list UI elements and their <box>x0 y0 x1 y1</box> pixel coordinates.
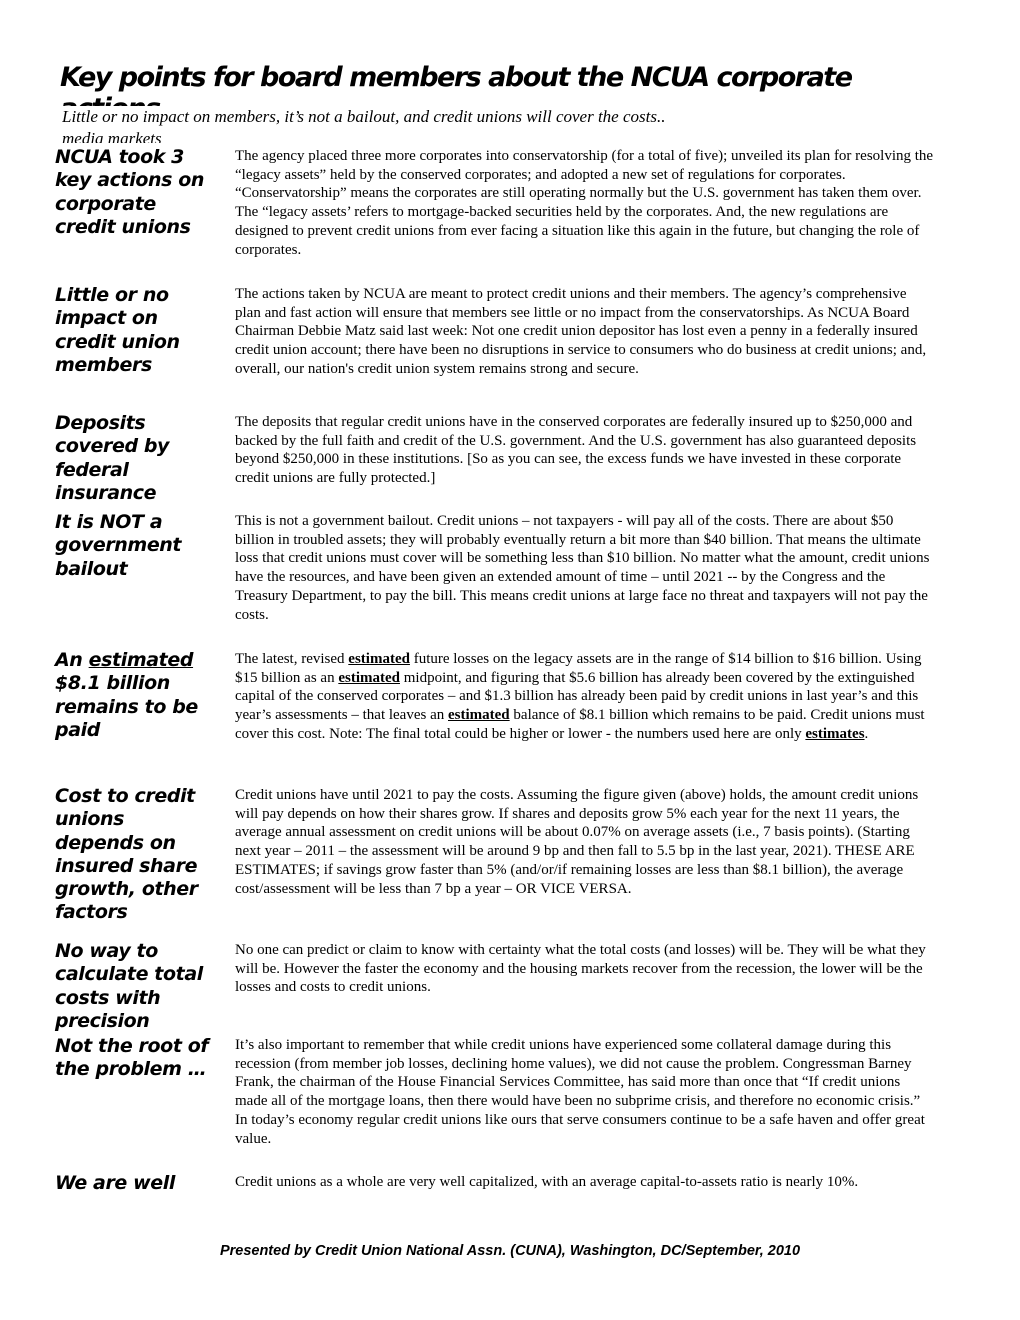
section-body: The agency placed three more corporates … <box>235 147 935 259</box>
section-heading: No way tocalculate totalcosts withprecis… <box>55 940 237 1033</box>
document-title: Key points for board members about the N… <box>60 62 965 106</box>
section-body: Credit unions as a whole are very well c… <box>235 1173 935 1192</box>
section-heading: Cost to creditunionsdepends oninsured sh… <box>55 785 237 925</box>
section-heading: Depositscovered byfederalinsurance <box>55 412 237 505</box>
subtitle-line-2-clipped: media markets <box>62 128 782 143</box>
section-heading: It is NOT agovernmentbailout <box>55 511 237 581</box>
title-line-1: Key points for board members about the N… <box>60 62 965 93</box>
section-heading: We are well <box>55 1172 237 1195</box>
section-body: The deposits that regular credit unions … <box>235 413 935 488</box>
section-body: It’s also important to remember that whi… <box>235 1036 935 1148</box>
footer-credit-line: Presented by Credit Union National Assn.… <box>0 1243 1020 1259</box>
section-body: This is not a government bailout. Credit… <box>235 512 935 624</box>
section-heading: An estimated$8.1 billionremains to bepai… <box>55 649 237 742</box>
section-heading: Not the root ofthe problem … <box>55 1035 237 1082</box>
document-subtitle: Little or no impact on members, it’s not… <box>62 106 782 143</box>
section-body: No one can predict or claim to know with… <box>235 941 935 997</box>
title-line-2-clipped: actions <box>60 93 965 106</box>
section-heading: NCUA took 3key actions oncorporatecredit… <box>55 146 237 239</box>
section-body: The actions taken by NCUA are meant to p… <box>235 285 935 379</box>
section-body: The latest, revised estimated future los… <box>235 650 935 744</box>
subtitle-line-1: Little or no impact on members, it’s not… <box>62 106 782 128</box>
document-page: Key points for board members about the N… <box>0 0 1020 1320</box>
section-body: Credit unions have until 2021 to pay the… <box>235 786 935 898</box>
section-heading: Little or noimpact oncredit unionmembers <box>55 284 237 377</box>
